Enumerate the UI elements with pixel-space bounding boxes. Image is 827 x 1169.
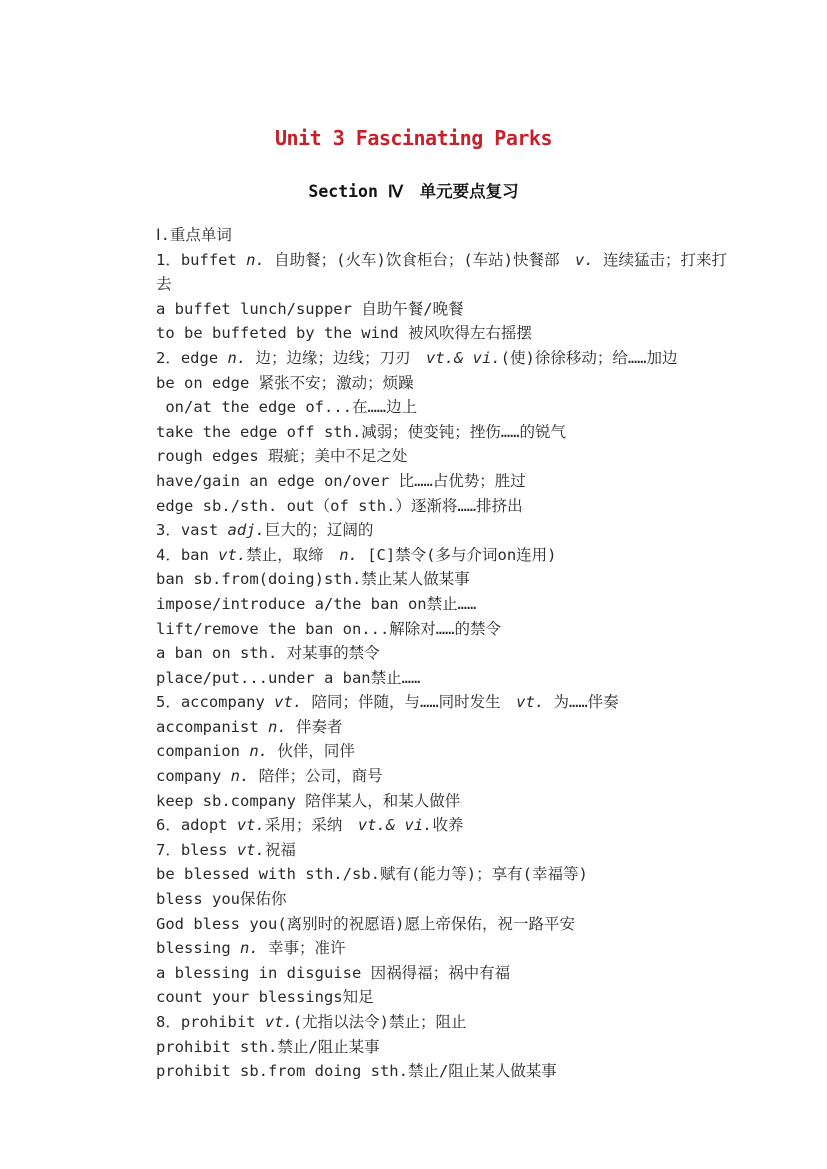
text-line: be blessed with sth./sb.赋有(能力等)；享有(幸福等)	[156, 862, 737, 887]
text-line: rough edges 瑕疵；美中不足之处	[156, 444, 737, 469]
text-line: on/at the edge of...在……边上	[156, 395, 737, 420]
text-line: 5．accompany vt. 陪同；伴随，与……同时发生 vt. 为……伴奏	[156, 690, 737, 715]
text-line: accompanist n. 伴奏者	[156, 715, 737, 740]
document-title: Unit 3 Fascinating Parks	[0, 0, 827, 150]
text-line: impose/introduce a/the ban on禁止……	[156, 592, 737, 617]
text-line: blessing n. 幸事；准许	[156, 936, 737, 961]
text-line: edge sb./sth. out（of sth.）逐渐将……排挤出	[156, 494, 737, 519]
text-line: take the edge off sth.减弱；使变钝；挫伤……的锐气	[156, 420, 737, 445]
text-line: a buffet lunch/supper 自助午餐/晚餐	[156, 297, 737, 322]
text-line: company n. 陪伴；公司，商号	[156, 764, 737, 789]
text-line: 3．vast adj.巨大的；辽阔的	[156, 518, 737, 543]
part-heading-key-words: Ⅰ.重点单词	[156, 223, 737, 248]
document-page: Unit 3 Fascinating Parks Section Ⅳ 单元要点复…	[0, 0, 827, 1169]
text-line: 7．bless vt.祝福	[156, 838, 737, 863]
text-line: 2．edge n. 边；边缘；边线；刀刃 vt.& vi.(使)徐徐移动；给………	[156, 346, 737, 371]
section-heading: Section Ⅳ 单元要点复习	[0, 181, 827, 202]
text-line: God bless you(离别时的祝愿语)愿上帝保佑，祝一路平安	[156, 912, 737, 937]
text-line: 6．adopt vt.采用；采纳 vt.& vi.收养	[156, 813, 737, 838]
text-line: a ban on sth. 对某事的禁令	[156, 641, 737, 666]
text-line: companion n. 伙伴，同伴	[156, 739, 737, 764]
text-line: have/gain an edge on/over 比……占优势；胜过	[156, 469, 737, 494]
text-line: place/put...under a ban禁止……	[156, 666, 737, 691]
text-line: prohibit sth.禁止/阻止某事	[156, 1035, 737, 1060]
text-line: keep sb.company 陪伴某人，和某人做伴	[156, 789, 737, 814]
text-line: ban sb.from(doing)sth.禁止某人做某事	[156, 567, 737, 592]
text-line: bless you保佑你	[156, 887, 737, 912]
text-line: 4．ban vt.禁止，取缔 n. [C]禁令(多与介词on连用)	[156, 543, 737, 568]
text-line: to be buffeted by the wind 被风吹得左右摇摆	[156, 321, 737, 346]
vocabulary-lines: 1．buffet n. 自助餐；(火车)饮食柜台；(车站)快餐部 v. 连续猛击…	[156, 248, 737, 1084]
text-line: prohibit sb.from doing sth.禁止/阻止某人做某事	[156, 1059, 737, 1084]
text-line: 8．prohibit vt.(尤指以法令)禁止；阻止	[156, 1010, 737, 1035]
text-line: be on edge 紧张不安；激动；烦躁	[156, 371, 737, 396]
text-line: 1．buffet n. 自助餐；(火车)饮食柜台；(车站)快餐部 v. 连续猛击…	[156, 248, 737, 297]
document-body: Ⅰ.重点单词 1．buffet n. 自助餐；(火车)饮食柜台；(车站)快餐部 …	[0, 223, 827, 1084]
text-line: a blessing in disguise 因祸得福；祸中有福	[156, 961, 737, 986]
text-line: count your blessings知足	[156, 985, 737, 1010]
text-line: lift/remove the ban on...解除对……的禁令	[156, 617, 737, 642]
